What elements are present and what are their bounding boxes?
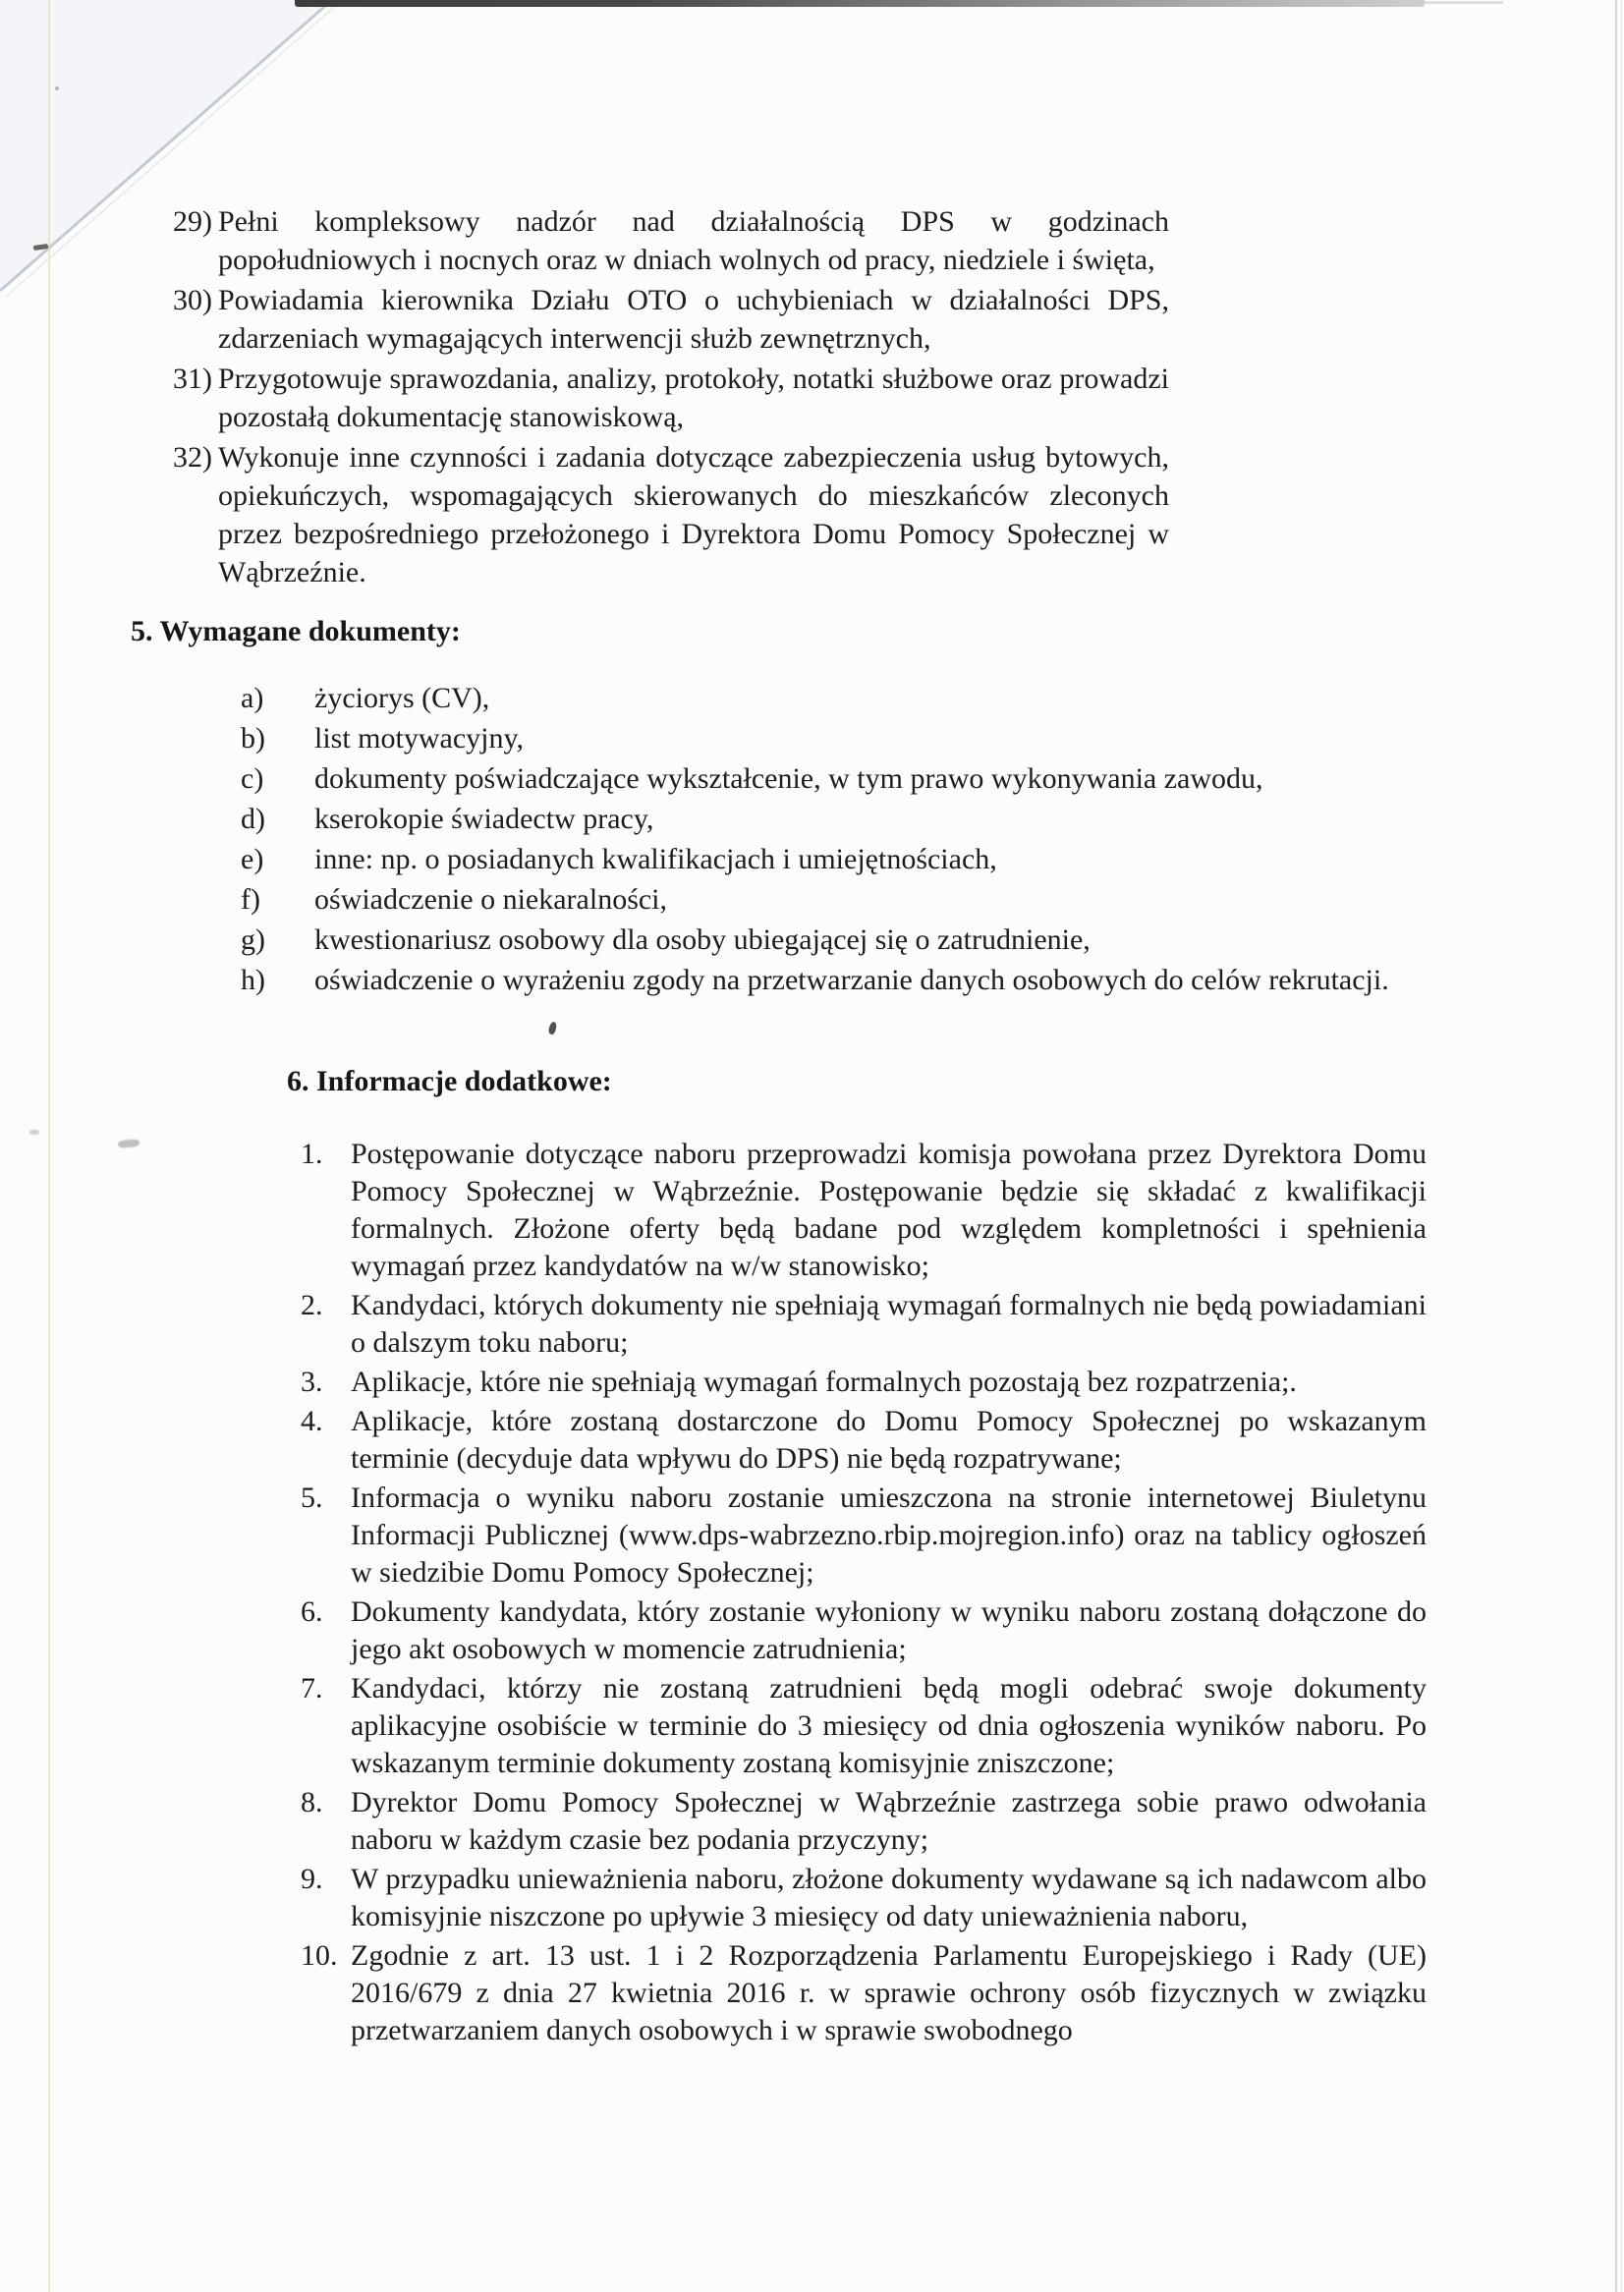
- info-item: 9. W przypadku unieważnienia naboru, zło…: [301, 1861, 1427, 1935]
- info-item: 8. Dyrektor Domu Pomocy Społecznej w Wąb…: [301, 1784, 1427, 1859]
- list-item-marker: 31): [173, 360, 212, 398]
- list-item-text: Dokumenty kandydata, który zostanie wyło…: [351, 1595, 1427, 1665]
- list-item-marker: e): [241, 839, 263, 879]
- list-item-text: list motywacyjny,: [314, 722, 524, 755]
- list-item-text: oświadczenie o niekaralności,: [314, 883, 667, 916]
- additional-information-list: 1. Postępowanie dotyczące naboru przepro…: [301, 1136, 1427, 2051]
- scan-edge-artifact: [1415, 1, 1503, 4]
- list-item-text: W przypadku unieważnienia naboru, złożon…: [351, 1863, 1427, 1932]
- scan-edge-artifact: [295, 0, 1425, 7]
- list-item-marker: f): [241, 879, 260, 920]
- list-item-text: inne: np. o posiadanych kwalifikacjach i…: [314, 843, 997, 875]
- list-item-marker: g): [241, 920, 265, 960]
- ink-speck: [548, 1021, 558, 1034]
- list-item-text: dokumenty poświadczające wykształcenie, …: [314, 762, 1263, 795]
- list-item-marker: 8.: [301, 1784, 323, 1821]
- list-item-text: kwestionariusz osobowy dla osoby ubiegaj…: [314, 923, 1091, 956]
- list-item-text: Pełni kompleksowy nadzór nad działalnośc…: [218, 205, 1169, 276]
- document-item: e) inne: np. o posiadanych kwalifikacjac…: [241, 839, 1416, 879]
- list-item-marker: b): [241, 718, 265, 758]
- list-item-text: życiorys (CV),: [314, 682, 489, 714]
- ink-speck: [29, 1130, 39, 1135]
- list-item-marker: 9.: [301, 1861, 323, 1898]
- list-item-text: Aplikacje, które zostaną dostarczone do …: [351, 1405, 1427, 1475]
- document-item: d) kserokopie świadectw pracy,: [241, 799, 1416, 839]
- info-item: 4. Aplikacje, które zostaną dostarczone …: [301, 1403, 1427, 1478]
- list-item-marker: 29): [173, 202, 212, 241]
- info-item: 6. Dokumenty kandydata, który zostanie w…: [301, 1593, 1427, 1668]
- scan-line-artifact: [48, 0, 50, 2292]
- list-item-text: Postępowanie dotyczące naboru przeprowad…: [351, 1138, 1427, 1282]
- document-item: a) życiorys (CV),: [241, 678, 1416, 718]
- list-item-text: Dyrektor Domu Pomocy Społecznej w Wąbrze…: [351, 1786, 1427, 1856]
- duty-item: 31) Przygotowuje sprawozdania, analizy, …: [173, 360, 1169, 436]
- duty-item: 29) Pełni kompleksowy nadzór nad działal…: [173, 202, 1169, 279]
- list-item-text: Kandydaci, których dokumenty nie spełnia…: [351, 1289, 1427, 1359]
- list-item-marker: 30): [173, 281, 212, 319]
- list-item-marker: 5.: [301, 1480, 323, 1517]
- ink-speck: [118, 1139, 140, 1148]
- section-5-heading: 5. Wymagane dokumenty:: [131, 615, 461, 648]
- scan-line-artifact: [1615, 0, 1617, 2292]
- duty-item: 32) Wykonuje inne czynności i zadania do…: [173, 438, 1169, 591]
- list-item-marker: h): [241, 960, 265, 1000]
- list-item-text: Kandydaci, którzy nie zostaną zatrudnien…: [351, 1672, 1427, 1779]
- list-item-marker: 7.: [301, 1670, 323, 1707]
- duty-item: 30) Powiadamia kierownika Działu OTO o u…: [173, 281, 1169, 358]
- ink-speck: [55, 86, 59, 90]
- document-item: c) dokumenty poświadczające wykształceni…: [241, 758, 1416, 799]
- list-item-marker: 2.: [301, 1287, 323, 1324]
- list-item-marker: 1.: [301, 1136, 323, 1173]
- list-item-text: kserokopie świadectw pracy,: [314, 803, 653, 835]
- list-item-marker: 4.: [301, 1403, 323, 1440]
- required-documents-list: a) życiorys (CV), b) list motywacyjny, c…: [241, 678, 1416, 1000]
- list-item-marker: 3.: [301, 1364, 323, 1401]
- section-6-heading: 6. Informacje dodatkowe:: [287, 1065, 612, 1098]
- list-item-marker: 32): [173, 438, 212, 476]
- list-item-text: Wykonuje inne czynności i zadania dotycz…: [218, 441, 1169, 588]
- duties-list: 29) Pełni kompleksowy nadzór nad działal…: [173, 202, 1169, 593]
- list-item-text: Aplikacje, które nie spełniają wymagań f…: [351, 1366, 1297, 1398]
- scan-line-artifact: [1621, 0, 1622, 2292]
- document-item: h) oświadczenie o wyrażeniu zgody na prz…: [241, 960, 1416, 1000]
- info-item: 3. Aplikacje, które nie spełniają wymaga…: [301, 1364, 1427, 1401]
- info-item: 7. Kandydaci, którzy nie zostaną zatrudn…: [301, 1670, 1427, 1782]
- info-item: 2. Kandydaci, których dokumenty nie speł…: [301, 1287, 1427, 1362]
- list-item-text: Zgodnie z art. 13 ust. 1 i 2 Rozporządze…: [351, 1939, 1427, 2046]
- info-item: 1. Postępowanie dotyczące naboru przepro…: [301, 1136, 1427, 1285]
- list-item-marker: d): [241, 799, 265, 839]
- info-item: 5. Informacja o wyniku naboru zostanie u…: [301, 1480, 1427, 1592]
- list-item-text: Powiadamia kierownika Działu OTO o uchyb…: [218, 284, 1169, 355]
- list-item-text: Przygotowuje sprawozdania, analizy, prot…: [218, 363, 1169, 433]
- list-item-marker: 10.: [301, 1937, 338, 1975]
- document-item: g) kwestionariusz osobowy dla osoby ubie…: [241, 920, 1416, 960]
- list-item-text: oświadczenie o wyrażeniu zgody na przetw…: [314, 964, 1389, 996]
- list-item-marker: 6.: [301, 1593, 323, 1631]
- document-item: b) list motywacyjny,: [241, 718, 1416, 758]
- scanned-document-page: 29) Pełni kompleksowy nadzór nad działal…: [0, 0, 1624, 2292]
- list-item-marker: c): [241, 758, 263, 799]
- list-item-text: Informacja o wyniku naboru zostanie umie…: [351, 1481, 1427, 1589]
- list-item-marker: a): [241, 678, 263, 718]
- info-item: 10. Zgodnie z art. 13 ust. 1 i 2 Rozporz…: [301, 1937, 1427, 2049]
- document-item: f) oświadczenie o niekaralności,: [241, 879, 1416, 920]
